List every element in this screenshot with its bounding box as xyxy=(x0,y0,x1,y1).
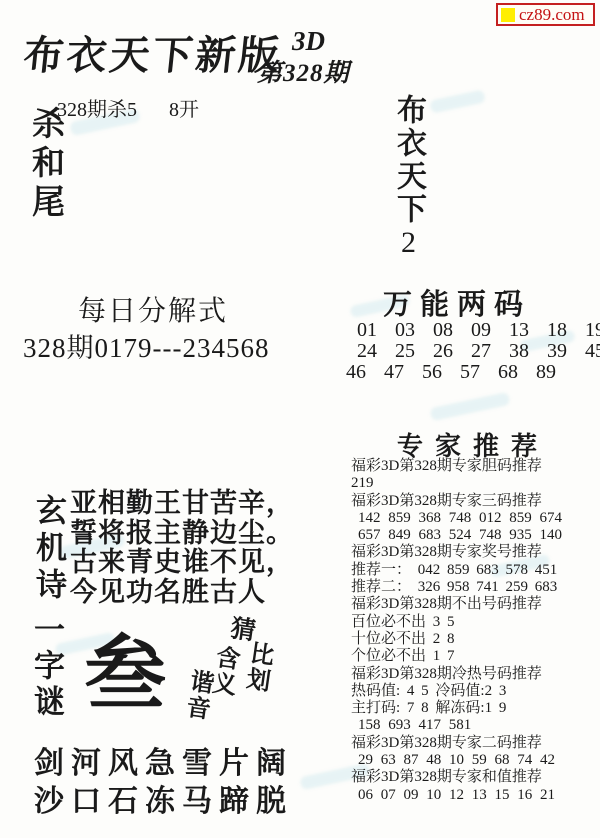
expert-line: 福彩3D第328期不出号码推荐 xyxy=(351,596,599,613)
kill-line: 328期杀5 8开 xyxy=(57,93,199,122)
expert-line: 福彩3D第328期冷热号码推荐 xyxy=(351,666,599,683)
bottom-poem-lines: 剑河风急雪片阔沙口石冻马蹄脱 xyxy=(34,745,293,821)
expert-line: 158 693 417 581 xyxy=(358,717,599,734)
expert-line: 142 859 368 748 012 859 674 xyxy=(358,510,599,527)
mystery-poem-line: 誓将报主静边尘。 xyxy=(70,519,294,549)
mystery-poem-lines: 亚相勤王甘苦辛，誓将报主静边尘。古来青史谁不见，今见功名胜古人 xyxy=(70,489,294,607)
expert-line: 百位必不出 3 5 xyxy=(351,614,599,631)
expert-line: 29 63 87 48 10 59 68 74 42 xyxy=(358,752,599,769)
bottom-poem-line: 剑河风急雪片阔 xyxy=(34,745,293,783)
issue-number: 第328期 xyxy=(257,53,350,89)
expert-line: 657 849 683 524 748 935 140 xyxy=(358,527,599,544)
expert-line: 福彩3D第328期专家胆码推荐 xyxy=(351,458,599,475)
expert-line: 福彩3D第328期专家奖号推荐 xyxy=(351,544,599,561)
two-codes-row: 46 47 56 57 68 89 xyxy=(346,362,600,383)
site-badge-link[interactable]: cz89.com xyxy=(496,3,595,26)
expert-line: 个位必不出 1 7 xyxy=(351,648,599,665)
expert-line: 福彩3D第328期专家二码推荐 xyxy=(351,735,599,752)
page-title: 布衣天下新版 xyxy=(21,24,285,81)
expert-line: 十位必不出 2 8 xyxy=(351,631,599,648)
mystery-poem-vertical-label: 玄机诗 xyxy=(26,494,71,605)
daily-breakdown-formula: 328期0179---234568 xyxy=(23,326,269,365)
expert-line: 福彩3D第328期专家三码推荐 xyxy=(351,493,599,510)
expert-line: 热码值: 4 5 冷码值:2 3 xyxy=(351,683,599,700)
watermark-smudge xyxy=(430,392,511,421)
two-codes-row: 01 03 08 09 13 18 19? xyxy=(346,320,600,341)
expert-line: 推荐一： 042 859 683 578 451 xyxy=(351,562,599,579)
expert-recommend-lines: 福彩3D第328期专家胆码推荐219福彩3D第328期专家三码推荐142 859… xyxy=(351,458,599,804)
daily-breakdown-title: 每日分解式 xyxy=(78,289,228,329)
mystery-poem-line: 古来青史谁不见， xyxy=(70,548,294,578)
kill-tail-vertical-label: 杀和尾 xyxy=(22,106,69,223)
brand-vertical-text: 布衣天下 xyxy=(392,94,425,226)
mystery-poem-line: 亚相勤王甘苦辛， xyxy=(70,489,294,519)
two-codes-title: 万能两码 xyxy=(383,282,531,323)
expert-line: 推荐二： 326 958 741 259 683 xyxy=(351,579,599,596)
site-badge-label: cz89.com xyxy=(519,6,585,23)
two-codes-rows: 01 03 08 09 13 18 19?24 25 26 27 38 39 4… xyxy=(346,320,600,383)
expert-line: 福彩3D第328期专家和值推荐 xyxy=(351,769,599,786)
brand-vertical-label: 布衣天下2 xyxy=(386,94,430,262)
riddle-hint-homophone: 谐音 xyxy=(177,667,219,723)
lottery-sheet-page: cz89.com 布衣天下新版 3D 第328期 328期杀5 8开 杀和尾 布… xyxy=(0,0,600,838)
watermark-smudge xyxy=(429,89,486,113)
two-codes-row: 24 25 26 27 38 39 45? xyxy=(346,341,600,362)
mystery-poem-line: 今见功名胜古人 xyxy=(70,578,294,608)
expert-line: 06 07 09 10 12 13 15 16 21 xyxy=(358,787,599,804)
brand-vertical-number: 2 xyxy=(392,226,425,262)
open-text: 8开 xyxy=(169,93,199,122)
riddle-answer-char: 叁 xyxy=(84,634,166,716)
yellow-square-icon xyxy=(501,8,515,22)
bottom-poem-line: 沙口石冻马蹄脱 xyxy=(34,783,293,821)
kill-text: 328期杀5 xyxy=(57,93,137,122)
riddle-vertical-label: 一字谜 xyxy=(24,613,69,721)
expert-line: 219 xyxy=(351,475,599,492)
expert-line: 主打码: 7 8 解冻码:1 9 xyxy=(351,700,599,717)
